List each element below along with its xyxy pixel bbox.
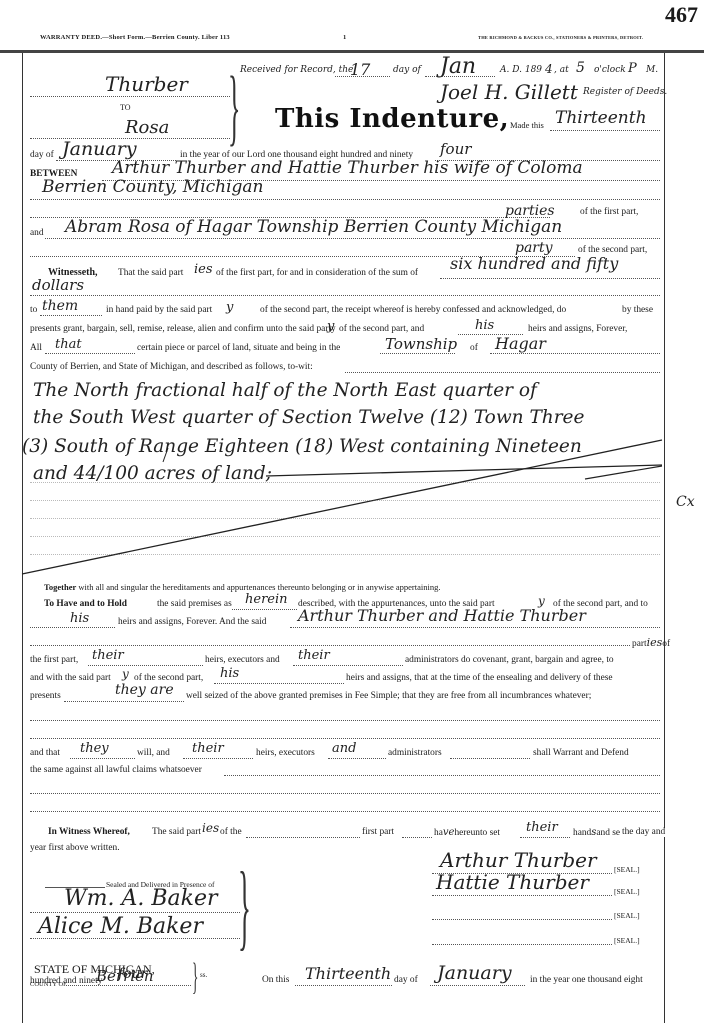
they-hw: they (80, 741, 109, 756)
rule (30, 645, 630, 646)
together-text: with all and singular the hereditaments … (78, 582, 440, 592)
rule (432, 944, 612, 945)
in-witness-t9: year first above written. (30, 844, 120, 853)
rule (30, 536, 660, 537)
habendum-t14: and that (30, 749, 60, 758)
rule (30, 720, 660, 721)
in-witness-t3: first part (362, 828, 394, 837)
rule (88, 665, 203, 666)
rule (30, 500, 660, 501)
their-hw: their (298, 648, 330, 663)
in-witness-label: In Witness Whereof, (48, 828, 130, 837)
they-are-hw: they are (115, 682, 174, 698)
habendum-label: To Have and to Hold (44, 600, 127, 609)
habendum-t8: administrators do covenant, grant, barga… (405, 656, 614, 665)
rule (30, 554, 660, 555)
herein-hw: herein (245, 592, 288, 607)
seal-mark: [SEAL.] (614, 912, 640, 920)
rule (30, 738, 660, 739)
rule (430, 985, 525, 986)
rule (328, 758, 386, 759)
parties-hw: ies (202, 821, 219, 835)
seal-mark: [SEAL.] (614, 866, 640, 874)
on-this-label: On this (262, 976, 289, 985)
his-hw: his (220, 666, 239, 681)
rule (432, 919, 612, 920)
rule (30, 627, 115, 628)
their-hw: their (192, 741, 224, 756)
rule (232, 609, 297, 610)
rule (224, 775, 660, 776)
rule (293, 665, 403, 666)
grantor-signature: Arthur Thurber (440, 848, 597, 872)
brace-icon: } (238, 850, 251, 961)
together-clause: Together with all and singular the hered… (44, 583, 440, 592)
his-hw: his (70, 611, 89, 626)
rule (30, 482, 660, 483)
witness-signature: Alice M. Baker (38, 914, 203, 939)
rule (290, 627, 660, 628)
rule (520, 837, 570, 838)
together-label: Together (44, 582, 76, 592)
seal-mark: [SEAL.] (614, 888, 640, 896)
habendum-t17: administrators (388, 749, 442, 758)
habendum-t1: the said premises as (157, 600, 232, 609)
their-hw: their (92, 648, 124, 663)
brace-icon: } (192, 955, 198, 999)
habendum-t19: the same against all lawful claims whats… (30, 766, 202, 775)
habendum-t18: shall Warrant and Defend (533, 749, 629, 758)
rule (214, 683, 344, 684)
hundred-text: hundred and ninety (30, 977, 102, 986)
habendum-t12: presents (30, 692, 61, 701)
rule (30, 518, 660, 519)
in-witness-t1: The said part (152, 828, 201, 837)
ss-label: ss. (200, 972, 207, 979)
ack-month: January (437, 962, 512, 984)
rule (30, 793, 660, 794)
habendum-t4: heirs and assigns, Forever. And the said (118, 618, 266, 627)
rule (432, 895, 612, 896)
party-y-hw: y (122, 667, 129, 681)
rule (295, 985, 392, 986)
rule (246, 837, 360, 838)
rule (30, 938, 240, 939)
grantors-covenant: Arthur Thurber and Hattie Thurber (298, 606, 586, 625)
rule (402, 837, 432, 838)
day-of-label: day of (394, 976, 418, 985)
rule (183, 758, 253, 759)
rule (70, 758, 135, 759)
and-hw: and (332, 741, 356, 756)
habendum-t7: heirs, executors and (205, 656, 280, 665)
in-witness-t4: havehereunto set (434, 828, 500, 838)
rule (450, 758, 530, 759)
grantor-signature: Hattie Thurber (436, 870, 589, 894)
habendum-t11: heirs and assigns, that at the time of t… (346, 674, 613, 683)
ack-day: Thirteenth (305, 964, 391, 983)
in-witness-t2: of the (220, 828, 242, 837)
their-hw: their (526, 820, 558, 835)
margin-note: Cx (676, 494, 695, 510)
habendum-t16: heirs, executors (256, 749, 315, 758)
habendum-t5: partiesof (632, 637, 670, 649)
habendum-t9: and with the said part (30, 674, 111, 683)
witness-signature: Wm. A. Baker (64, 886, 217, 911)
ack-year-text: in the year one thousand eight (530, 976, 643, 985)
habendum-t13: well seized of the above granted premise… (186, 692, 591, 701)
habendum-t6: the first part, (30, 656, 78, 665)
rule (30, 811, 660, 812)
rule (64, 701, 184, 702)
cancel-strike-lines (0, 0, 704, 1023)
rule (30, 912, 240, 913)
habendum-t15: will, and (137, 749, 170, 758)
ack-year-word: four (118, 966, 147, 982)
seal-mark: [SEAL.] (614, 937, 640, 945)
in-witness-t8: the day and (620, 828, 665, 837)
